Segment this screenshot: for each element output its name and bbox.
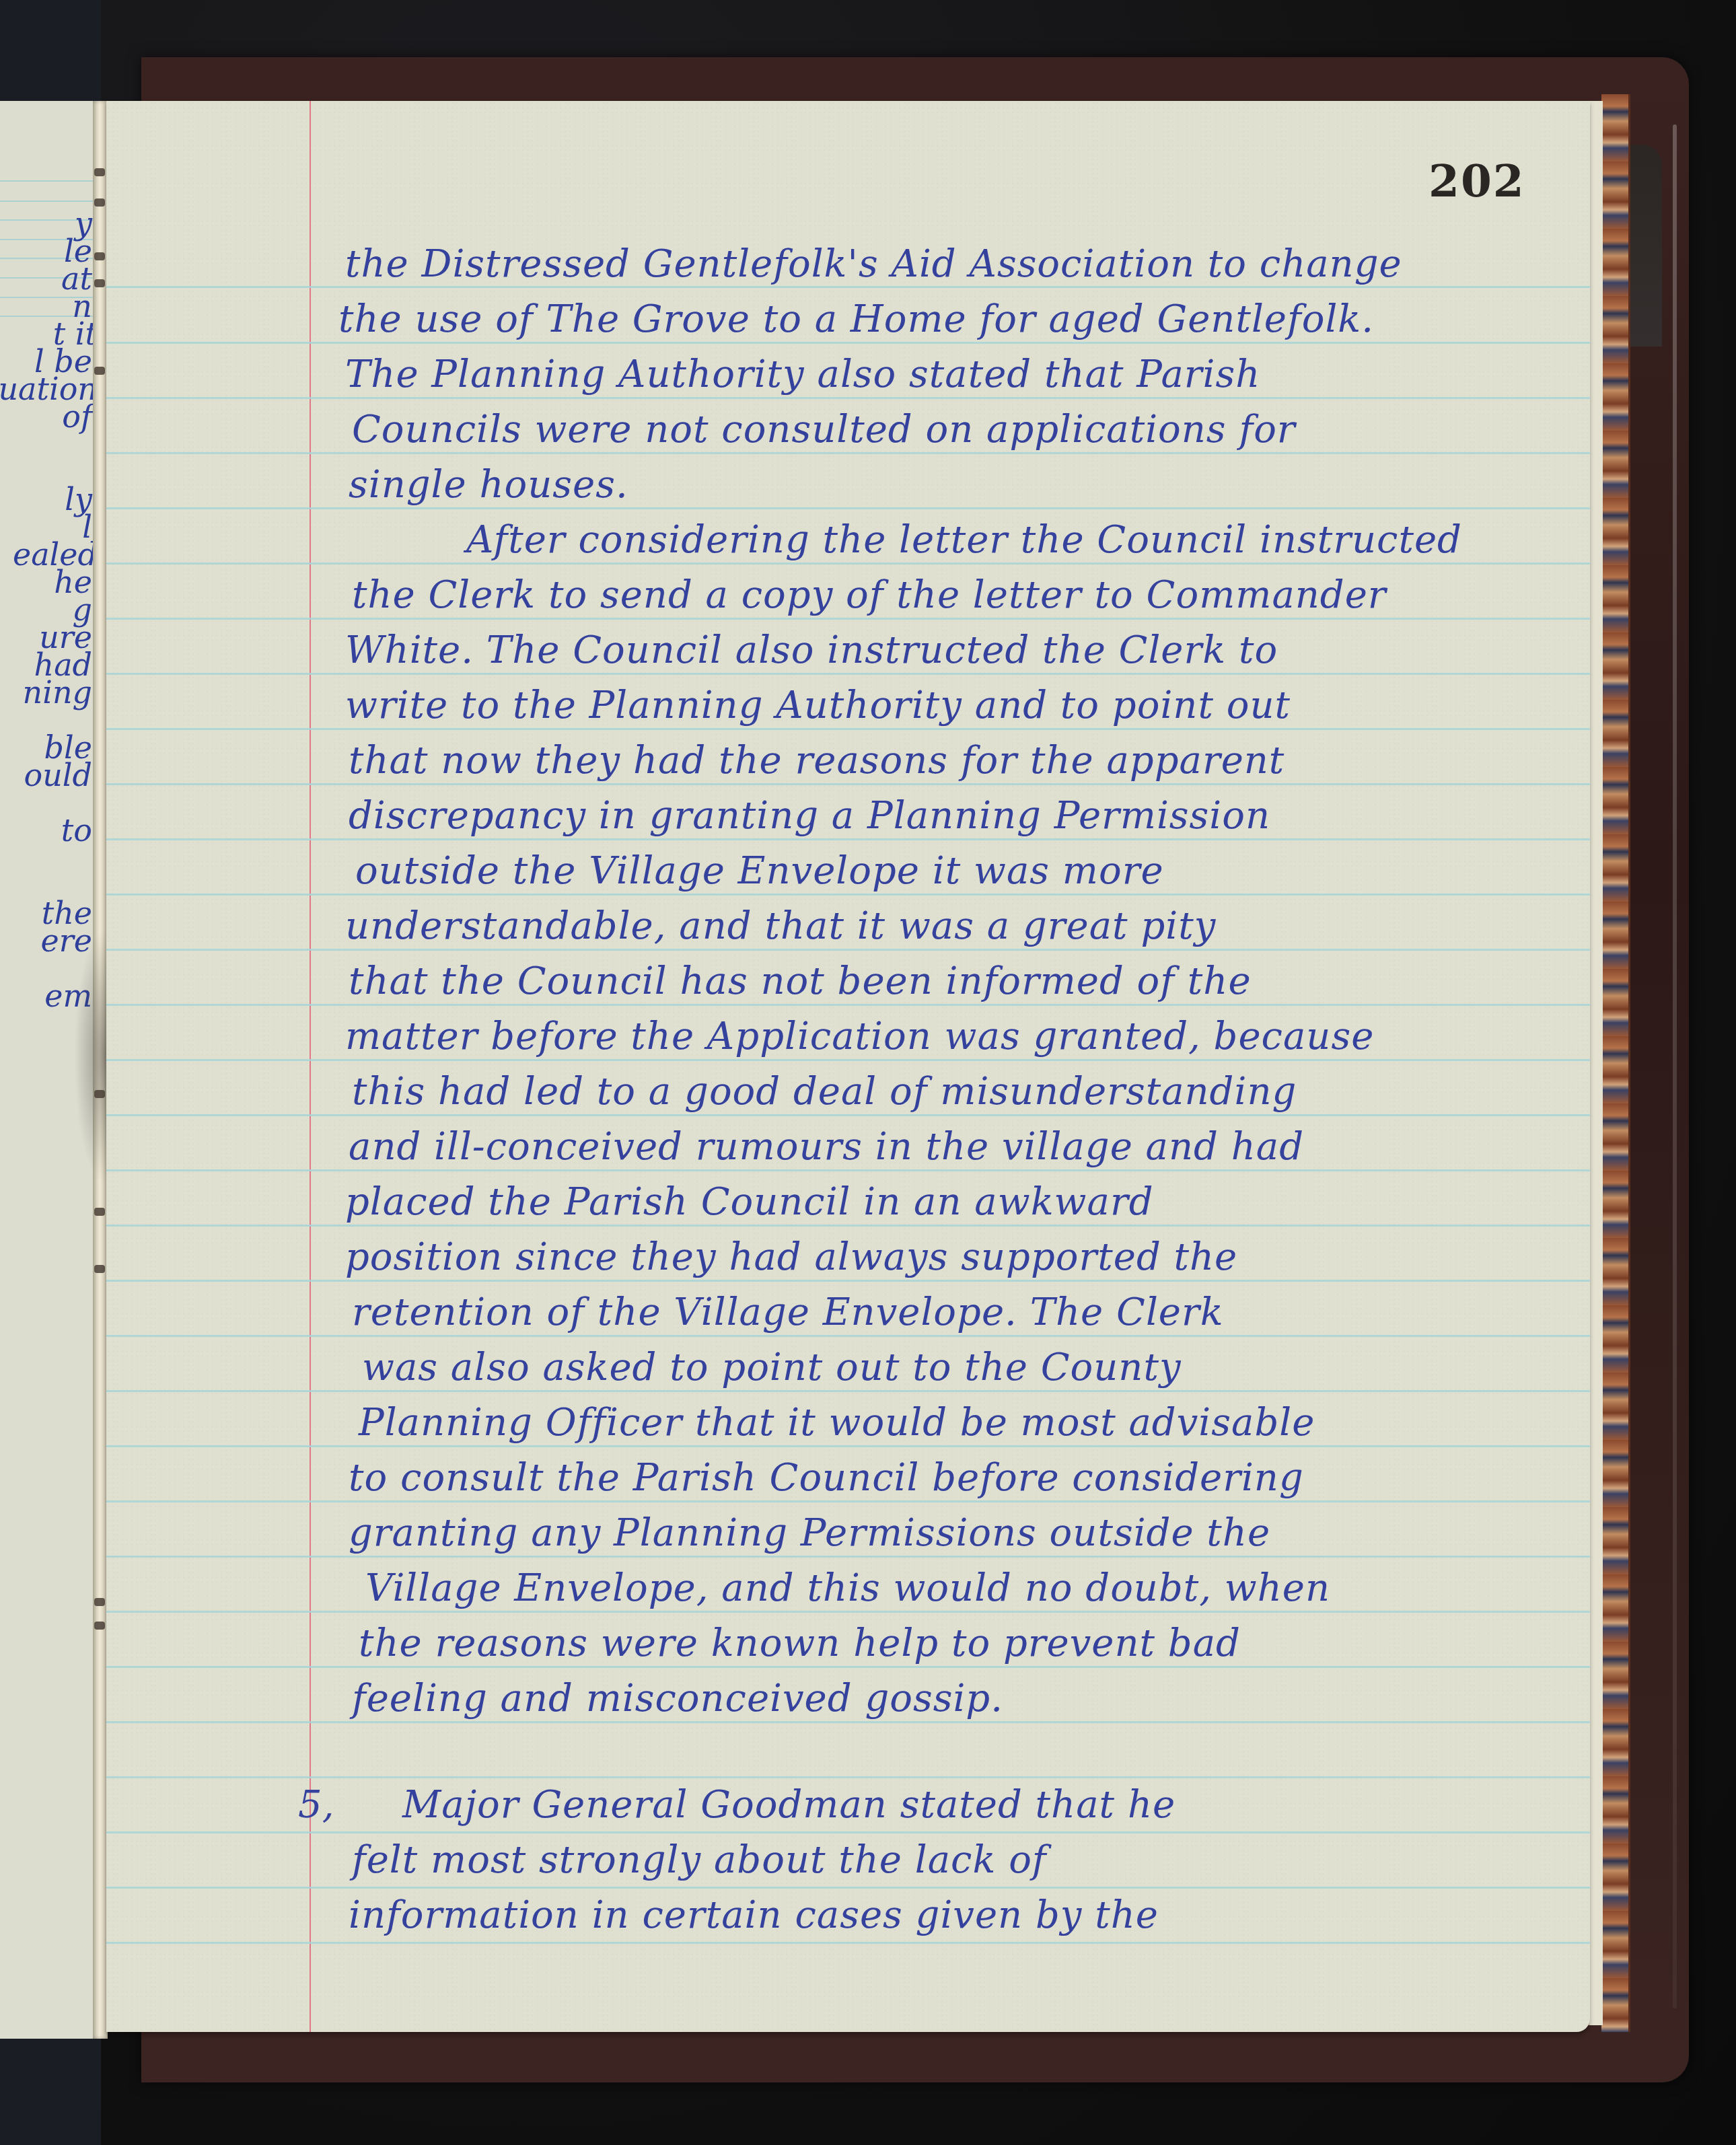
ruled-line <box>106 1225 1590 1227</box>
handwritten-line: Major General Goodman stated that he <box>402 1783 1176 1827</box>
ruled-line <box>0 180 98 182</box>
ruled-line <box>106 1942 1590 1944</box>
handwritten-line: the Distressed Gentlefolk's Aid Associat… <box>345 242 1402 286</box>
ruled-line <box>106 1004 1590 1006</box>
handwritten-line: position since they had always supported… <box>345 1235 1237 1279</box>
handwritten-line: feeling and misconceived gossip. <box>352 1677 1003 1720</box>
handwritten-line: was also asked to point out to the Count… <box>362 1346 1182 1389</box>
binding-stitch <box>94 1090 105 1098</box>
left-page-word: ning <box>23 674 92 711</box>
binding-stitch <box>94 367 105 375</box>
cover-edge-highlight <box>1673 124 1677 2008</box>
handwritten-line: write to the Planning Authority and to p… <box>345 684 1291 727</box>
ruled-line <box>106 728 1590 730</box>
ruled-line <box>106 673 1590 675</box>
ruled-line <box>106 783 1590 785</box>
ruled-line <box>106 949 1590 951</box>
handwritten-line: information in certain cases given by th… <box>349 1893 1159 1937</box>
ruled-line <box>0 201 98 202</box>
right-page: 202 the Distressed Gentlefolk's Aid Asso… <box>106 101 1590 2032</box>
ruled-line <box>106 286 1590 288</box>
ruled-line <box>106 1611 1590 1613</box>
handwritten-line: placed the Parish Council in an awkward <box>345 1180 1154 1224</box>
binding-stitch <box>94 168 105 176</box>
handwritten-line: this had led to a good deal of misunders… <box>352 1070 1297 1114</box>
red-margin-line <box>310 101 311 2032</box>
binding-stitch <box>94 279 105 287</box>
handwritten-line: that now they had the reasons for the ap… <box>349 739 1285 783</box>
handwritten-line: single houses. <box>349 463 628 507</box>
ruled-line <box>106 342 1590 344</box>
handwritten-line: that the Council has not been informed o… <box>349 959 1252 1003</box>
ruled-line <box>106 1831 1590 1833</box>
ruled-line <box>106 507 1590 509</box>
ruled-line <box>106 1721 1590 1723</box>
handwritten-line: the Clerk to send a copy of the letter t… <box>352 573 1387 617</box>
ruled-line <box>106 1280 1590 1282</box>
ruled-line <box>106 894 1590 896</box>
ruled-line <box>106 452 1590 454</box>
ruled-line <box>106 1887 1590 1889</box>
ruled-line <box>106 397 1590 399</box>
handwritten-line: the reasons were known help to prevent b… <box>359 1622 1241 1665</box>
handwritten-line: Councils were not consulted on applicati… <box>352 408 1296 451</box>
ruled-line <box>106 1335 1590 1337</box>
handwritten-line: matter before the Application was grante… <box>345 1015 1374 1058</box>
minute-item-number: 5, <box>298 1783 334 1827</box>
ruled-line <box>106 1114 1590 1116</box>
handwritten-line: Village Envelope, and this would no doub… <box>365 1566 1330 1610</box>
handwritten-line: White. The Council also instructed the C… <box>345 628 1278 672</box>
left-page-word: ould <box>24 757 92 793</box>
handwritten-line: to consult the Parish Council before con… <box>349 1456 1304 1500</box>
page-number: 202 <box>1428 155 1525 207</box>
binding-stitch <box>94 1622 105 1630</box>
ruled-line <box>106 1500 1590 1502</box>
handwritten-line: The Planning Authority also stated that … <box>345 353 1260 396</box>
ruled-line <box>106 1445 1590 1447</box>
binding-stitch <box>94 198 105 207</box>
binding-stitch <box>94 252 105 260</box>
handwritten-line: felt most strongly about the lack of <box>352 1838 1047 1882</box>
ruled-line <box>106 1390 1590 1392</box>
ruled-line <box>106 1059 1590 1061</box>
binding-stitch <box>94 1208 105 1216</box>
handwritten-line: retention of the Village Envelope. The C… <box>352 1290 1224 1334</box>
handwritten-line: understandable, and that it was a great … <box>345 904 1216 948</box>
marbled-page-edges <box>1601 94 1630 2032</box>
left-page-word: to <box>61 812 92 848</box>
ruled-line <box>106 562 1590 565</box>
ruled-line <box>106 1666 1590 1668</box>
page-stack-edge <box>1588 101 1603 2025</box>
ruled-line <box>106 1776 1590 1778</box>
ruled-line <box>106 1169 1590 1171</box>
handwritten-line: and ill-conceived rumours in the village… <box>349 1125 1304 1169</box>
binding-stitch <box>94 1265 105 1273</box>
ruled-line <box>106 618 1590 620</box>
handwritten-line: granting any Planning Permissions outsid… <box>349 1511 1270 1555</box>
ruled-line <box>106 1556 1590 1558</box>
handwritten-line: After considering the letter the Council… <box>466 518 1462 562</box>
handwritten-line: discrepancy in granting a Planning Permi… <box>349 794 1270 838</box>
handwritten-line: outside the Village Envelope it was more <box>355 849 1164 893</box>
left-page-word: of <box>62 398 92 435</box>
ruled-line <box>106 838 1590 840</box>
handwritten-line: Planning Officer that it would be most a… <box>359 1401 1315 1445</box>
binding-stitch <box>94 1598 105 1606</box>
handwritten-line: the use of The Grove to a Home for aged … <box>338 297 1374 341</box>
